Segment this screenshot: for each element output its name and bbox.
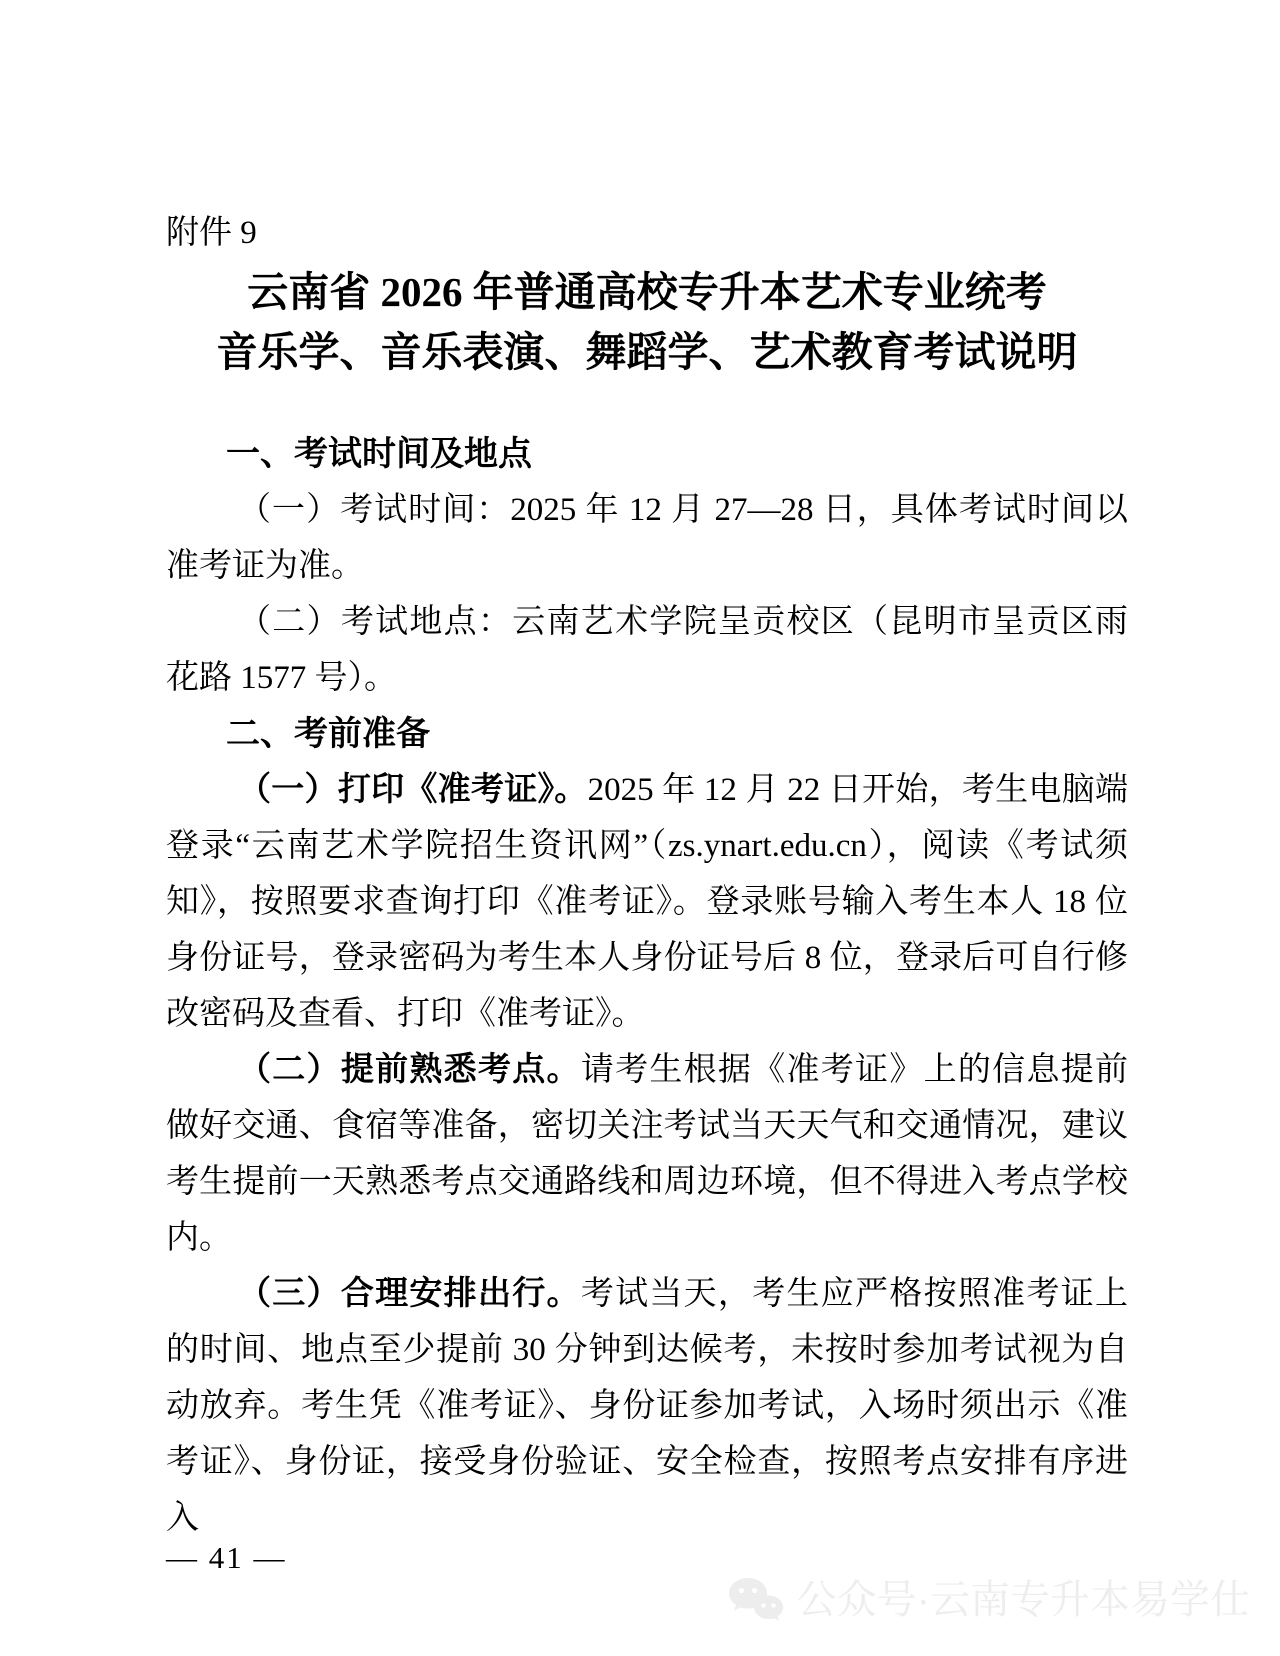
document-title-line1: 云南省 2026 年普通高校专升本艺术专业统考 — [166, 262, 1128, 322]
paragraph-familiarize-venue-lead: （二）提前熟悉考点。 — [238, 1052, 581, 1088]
paragraph-print-ticket-text: 2025 年 12 月 22 日开始，考生电脑端登录“云南艺术学院招生资讯网”（… — [166, 772, 1128, 1032]
paragraph-travel-plan: （三）合理安排出行。考试当天，考生应严格按照准考证上的时间、地点至少提前 30 … — [166, 1266, 1128, 1546]
paragraph-exam-location-text: （二）考试地点：云南艺术学院呈贡校区（昆明市呈贡区雨花路 1577 号）。 — [166, 604, 1128, 696]
paragraph-exam-location: （二）考试地点：云南艺术学院呈贡校区（昆明市呈贡区雨花路 1577 号）。 — [166, 594, 1128, 706]
watermark: 公众号·云南专升本易学仕 — [727, 1576, 1250, 1624]
watermark-text: 公众号·云南专升本易学仕 — [797, 1576, 1250, 1624]
paragraph-travel-plan-lead: （三）合理安排出行。 — [238, 1276, 581, 1312]
attachment-label: 附件 9 — [166, 216, 1128, 250]
document-title-line2: 音乐学、音乐表演、舞蹈学、艺术教育考试说明 — [166, 322, 1128, 382]
paragraph-print-ticket: （一）打印《准考证》。2025 年 12 月 22 日开始，考生电脑端登录“云南… — [166, 762, 1128, 1042]
page-number: — 41 — — [166, 1540, 287, 1576]
section-heading-1: 一、考试时间及地点 — [166, 426, 1128, 482]
paragraph-familiarize-venue: （二）提前熟悉考点。请考生根据《准考证》上的信息提前做好交通、食宿等准备，密切关… — [166, 1042, 1128, 1266]
paragraph-exam-time: （一）考试时间：2025 年 12 月 27—28 日，具体考试时间以准考证为准… — [166, 482, 1128, 594]
section-heading-2: 二、考前准备 — [166, 706, 1128, 762]
document-page: 附件 9 云南省 2026 年普通高校专升本艺术专业统考 音乐学、音乐表演、舞蹈… — [0, 0, 1280, 1546]
paragraph-print-ticket-lead: （一）打印《准考证》。 — [238, 772, 588, 808]
wechat-icon — [727, 1576, 783, 1624]
paragraph-travel-plan-text: 考试当天，考生应严格按照准考证上的时间、地点至少提前 30 分钟到达候考，未按时… — [166, 1276, 1128, 1536]
paragraph-exam-time-text: （一）考试时间：2025 年 12 月 27—28 日，具体考试时间以准考证为准… — [166, 492, 1128, 584]
document-title: 云南省 2026 年普通高校专升本艺术专业统考 音乐学、音乐表演、舞蹈学、艺术教… — [166, 262, 1128, 382]
